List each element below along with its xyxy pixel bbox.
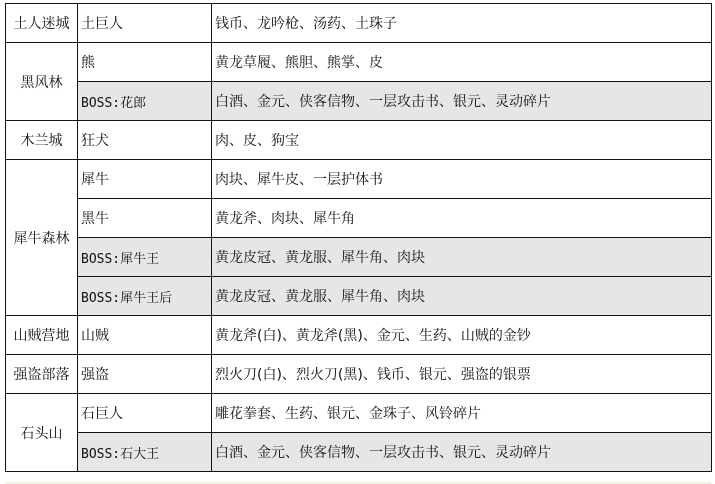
drops-cell: 雕花拳套、生药、银元、金珠子、风铃碎片: [212, 394, 712, 433]
monster-cell: 土巨人: [78, 4, 212, 43]
table-row-boss: BOSS:犀牛王后 黄龙皮冠、黄龙服、犀牛角、肉块: [6, 277, 712, 316]
area-cell: 犀牛森林: [6, 160, 78, 316]
drops-cell: 肉、皮、狗宝: [212, 121, 712, 160]
monster-cell: 山贼: [78, 316, 212, 355]
drops-cell: 白酒、金元、侠客信物、一层攻击书、银元、灵动碎片: [212, 433, 712, 472]
area-cell: 土人迷城: [6, 4, 78, 43]
table-row: 黑风林 熊 黄龙草履、熊胆、熊掌、皮: [6, 43, 712, 82]
drops-cell: 白酒、金元、侠客信物、一层攻击书、银元、灵动碎片: [212, 82, 712, 121]
boss-monster-cell: BOSS:石大王: [78, 433, 212, 472]
drops-cell: 钱币、龙吟枪、汤药、土珠子: [212, 4, 712, 43]
monster-cell: 黑牛: [78, 199, 212, 238]
area-cell: 木兰城: [6, 121, 78, 160]
table-row-boss: BOSS:石大王 白酒、金元、侠客信物、一层攻击书、银元、灵动碎片: [6, 433, 712, 472]
table-row: 山贼营地 山贼 黄龙斧(白)、黄龙斧(黑)、金元、生药、山贼的金钞: [6, 316, 712, 355]
boss-monster-cell: BOSS:犀牛王后: [78, 277, 212, 316]
drop-table-container: 土人迷城 土巨人 钱币、龙吟枪、汤药、土珠子 黑风林 熊 黄龙草履、熊胆、熊掌、…: [5, 3, 712, 472]
boss-monster-cell: BOSS:花郎: [78, 82, 212, 121]
drops-cell: 黄龙草履、熊胆、熊掌、皮: [212, 43, 712, 82]
area-cell: 山贼营地: [6, 316, 78, 355]
area-cell: 强盗部落: [6, 355, 78, 394]
drops-cell: 烈火刀(白)、烈火刀(黑)、钱币、银元、强盗的银票: [212, 355, 712, 394]
table-row: 石头山 石巨人 雕花拳套、生药、银元、金珠子、风铃碎片: [6, 394, 712, 433]
monster-cell: 强盗: [78, 355, 212, 394]
table-row-boss: BOSS:犀牛王 黄龙皮冠、黄龙服、犀牛角、肉块: [6, 238, 712, 277]
area-cell: 石头山: [6, 394, 78, 472]
drops-cell: 黄龙皮冠、黄龙服、犀牛角、肉块: [212, 277, 712, 316]
table-row: 木兰城 狂犬 肉、皮、狗宝: [6, 121, 712, 160]
drops-cell: 黄龙斧(白)、黄龙斧(黑)、金元、生药、山贼的金钞: [212, 316, 712, 355]
drops-cell: 黄龙皮冠、黄龙服、犀牛角、肉块: [212, 238, 712, 277]
table-row: 强盗部落 强盗 烈火刀(白)、烈火刀(黑)、钱币、银元、强盗的银票: [6, 355, 712, 394]
monster-cell: 狂犬: [78, 121, 212, 160]
drops-cell: 肉块、犀牛皮、一层护体书: [212, 160, 712, 199]
monster-cell: 犀牛: [78, 160, 212, 199]
boss-monster-cell: BOSS:犀牛王: [78, 238, 212, 277]
monster-cell: 熊: [78, 43, 212, 82]
monster-drop-table: 土人迷城 土巨人 钱币、龙吟枪、汤药、土珠子 黑风林 熊 黄龙草履、熊胆、熊掌、…: [5, 3, 712, 472]
table-row-boss: BOSS:花郎 白酒、金元、侠客信物、一层攻击书、银元、灵动碎片: [6, 82, 712, 121]
table-row: 黑牛 黄龙斧、肉块、犀牛角: [6, 199, 712, 238]
monster-cell: 石巨人: [78, 394, 212, 433]
drops-cell: 黄龙斧、肉块、犀牛角: [212, 199, 712, 238]
table-row: 土人迷城 土巨人 钱币、龙吟枪、汤药、土珠子: [6, 4, 712, 43]
area-cell: 黑风林: [6, 43, 78, 121]
table-row: 犀牛森林 犀牛 肉块、犀牛皮、一层护体书: [6, 160, 712, 199]
